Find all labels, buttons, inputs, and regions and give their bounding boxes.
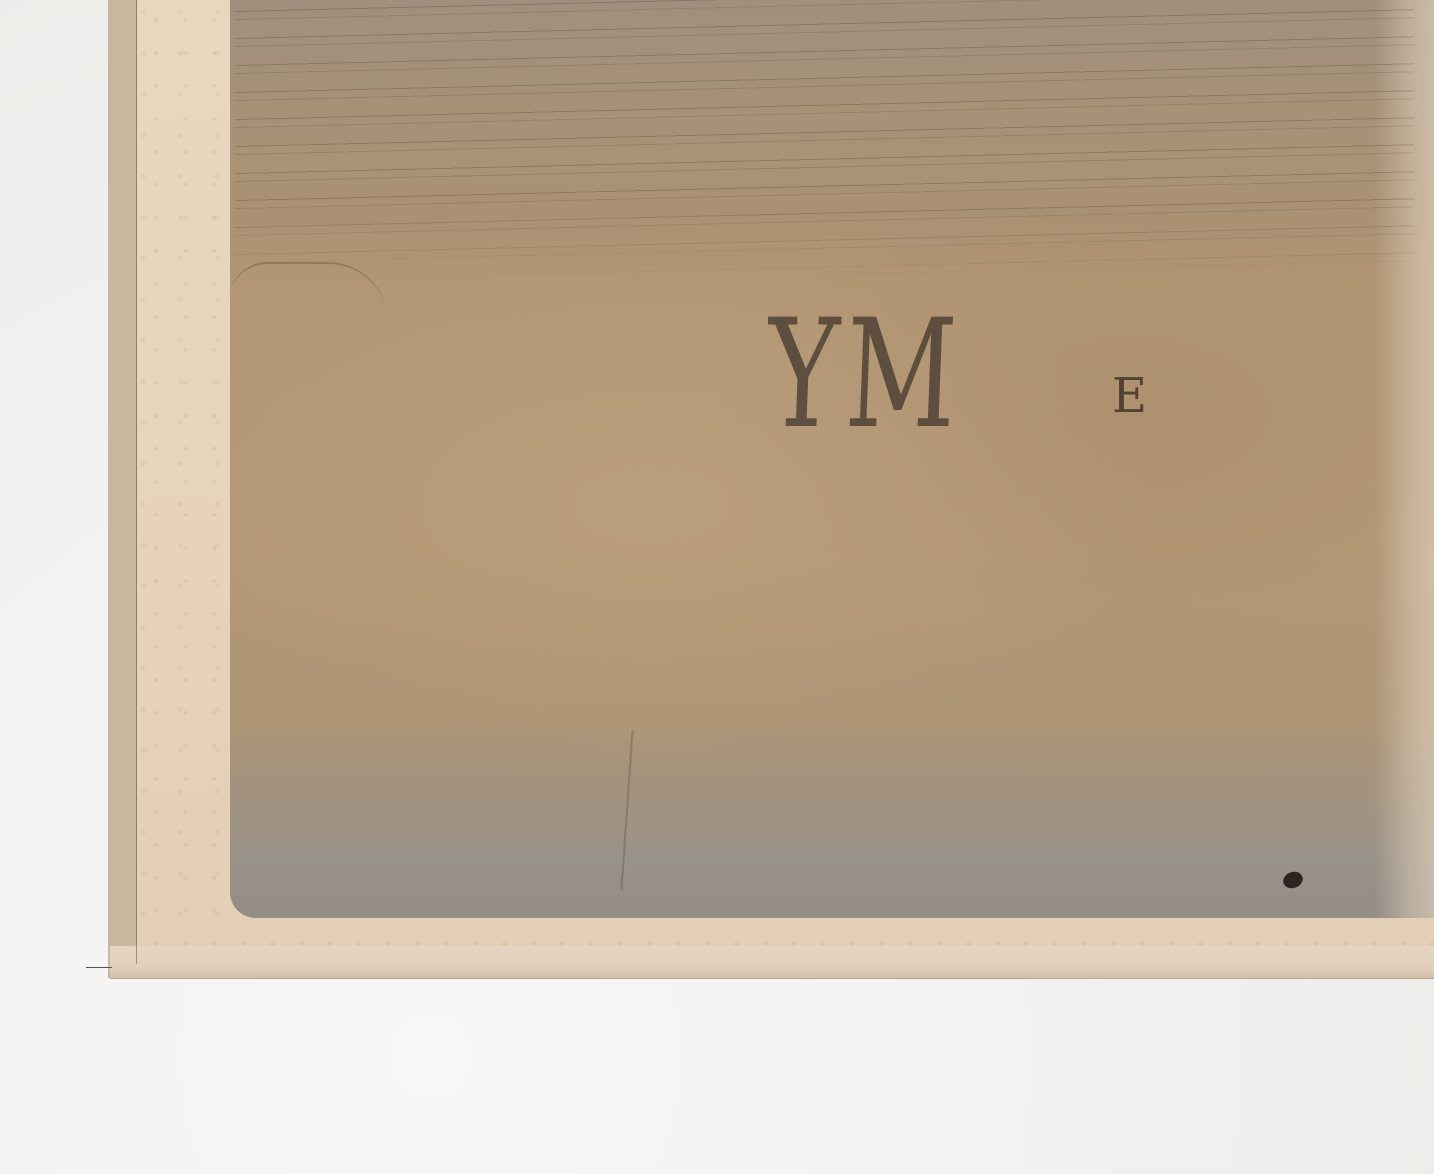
corner-tick-mark <box>86 967 112 968</box>
artwork-photo: YM E <box>0 0 1434 1174</box>
small-mark: E <box>1112 372 1147 420</box>
pencil-hatching <box>235 0 1414 290</box>
artist-monogram: YM <box>764 300 966 450</box>
pencil-border-line <box>136 0 137 964</box>
mat-bevel-bottom <box>110 946 1434 979</box>
torn-edge <box>228 262 388 344</box>
